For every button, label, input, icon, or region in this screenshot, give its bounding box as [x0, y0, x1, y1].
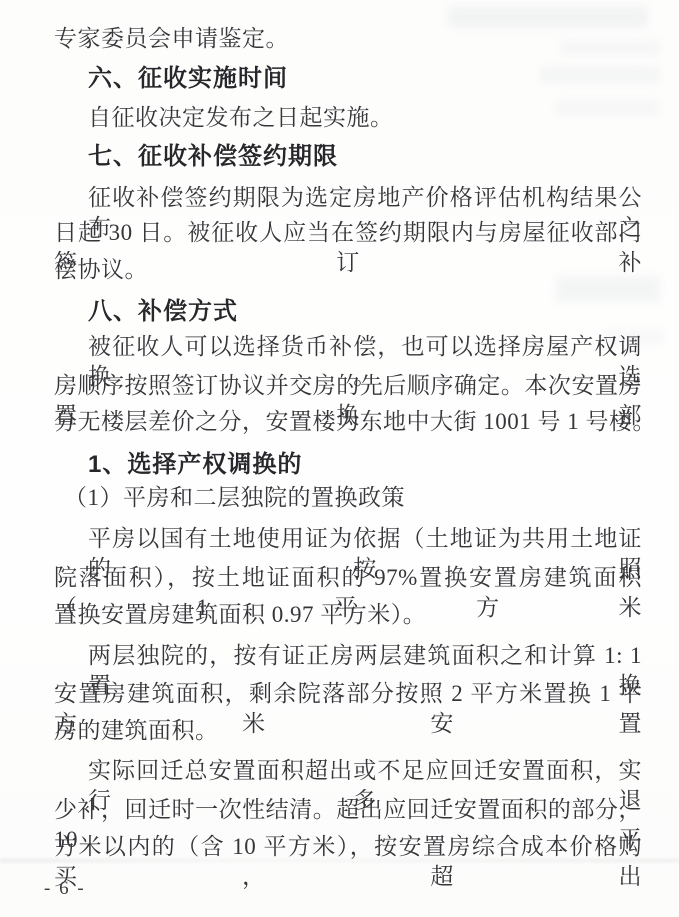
section-heading: 六、征收实施时间	[88, 64, 642, 94]
section-heading: 1、选择产权调换的	[88, 450, 642, 480]
text-line: 分无楼层差价之分，安置楼为东地中大街 1001 号 1 号楼。	[54, 407, 642, 437]
scanned-page: 专家委员会申请鉴定。 六、征收实施时间 自征收决定发布之日起实施。 七、征收补偿…	[0, 0, 679, 917]
page-number: - 6 -	[44, 878, 86, 900]
section-heading: 八、补偿方式	[88, 297, 642, 327]
text-line: 偿协议。	[54, 255, 642, 285]
text-line: 置换安置房建筑面积 0.97 平方米）。	[54, 600, 642, 630]
text-line: 方米以内的（含 10 平方米），按安置房综合成本价格购买，超出	[54, 832, 642, 892]
section-heading: 七、征收补偿签约期限	[88, 142, 642, 172]
text-line: 专家委员会申请鉴定。	[54, 24, 642, 54]
text-line: 房的建筑面积。	[54, 716, 642, 746]
text-line: 自征收决定发布之日起实施。	[88, 103, 642, 133]
text-line: （1）平房和二层独院的置换政策	[64, 483, 642, 513]
